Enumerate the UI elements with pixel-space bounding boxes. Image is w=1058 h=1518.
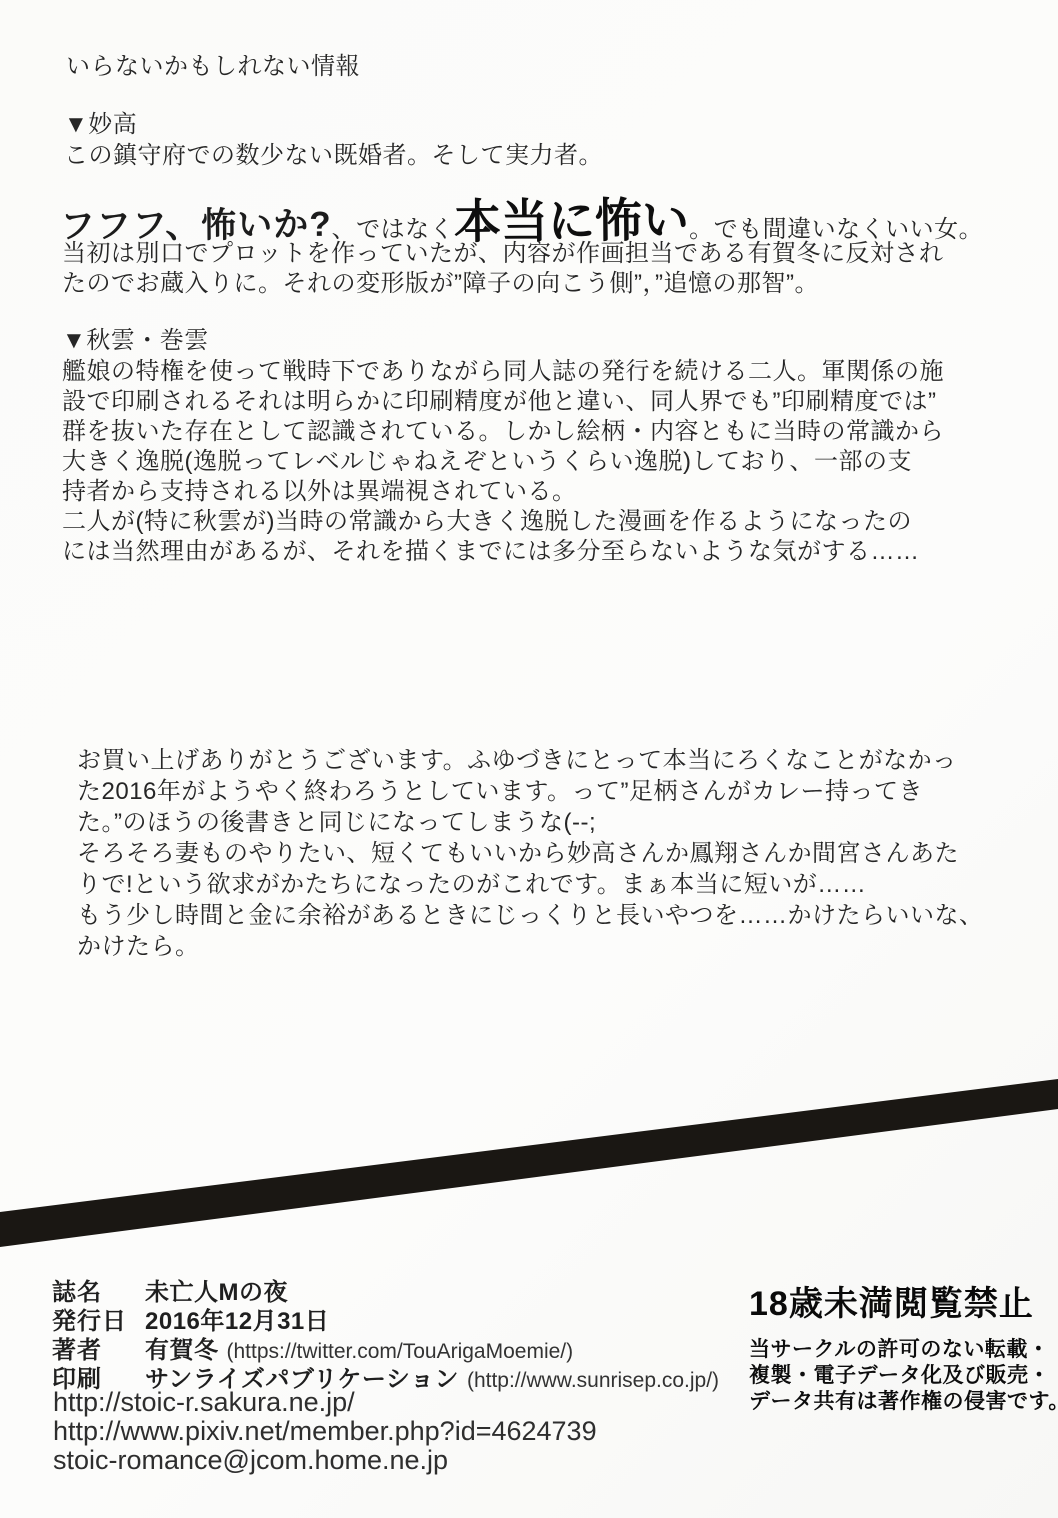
scanned-afterword-page: いらないかもしれない情報 ▼妙高 この鎮守府での数少ない既婚者。そして実力者。 … [0,0,1058,1518]
myoko-paragraph: 当初は別口でプロットを作っていたが、内容が作画担当である有賀冬に反対され たので… [62,239,944,299]
intro-note: いらないかもしれない情報 [66,52,360,82]
colophon-row-title: 誌名 未亡人Mの夜 [52,1272,719,1301]
contact-links: http://stoic-r.sakura.ne.jp/ http://www.… [53,1388,597,1475]
pixiv-url: http://www.pixiv.net/member.php?id=46247… [53,1417,597,1446]
age-restriction-warning: 18歳未満閲覧禁止 当サークルの許可のない転載・ 複製・電子データ化及び販売・ … [749,1276,1049,1415]
colophon-row-author: 著者 有賀冬 (https://twitter.com/TouArigaMoem… [52,1330,719,1359]
colophon-row-date: 発行日 2016年12月31日 [52,1301,719,1330]
colophon-row-printer: 印刷 サンライズパブリケーション (http://www.sunrisep.co… [52,1359,719,1388]
copyright-warning-text: 当サークルの許可のない転載・ 複製・電子データ化及び販売・ データ共有は著作権の… [749,1337,1049,1415]
contact-email: stoic-romance@jcom.home.ne.jp [53,1446,597,1475]
section-heading-myoko: ▼妙高 [64,110,137,140]
circle-website-url: http://stoic-r.sakura.ne.jp/ [53,1388,597,1417]
akigumo-makigumo-paragraph: 艦娘の特権を使って戦時下でありながら同人誌の発行を続ける二人。軍関係の施 設で印… [62,357,944,567]
afterword-paragraph: お買い上げありがとうございます。ふゆづきにとって本当にろくなことがなかっ た20… [77,745,984,962]
age-restriction-heading: 18歳未満閲覧禁止 [749,1276,1049,1325]
myoko-summary-line: この鎮守府での数少ない既婚者。そして実力者。 [64,141,603,171]
section-heading-akigumo-makigumo: ▼秋雲・巻雲 [62,326,209,356]
colophon: 誌名 未亡人Mの夜 発行日 2016年12月31日 著者 有賀冬 (https:… [52,1272,719,1388]
